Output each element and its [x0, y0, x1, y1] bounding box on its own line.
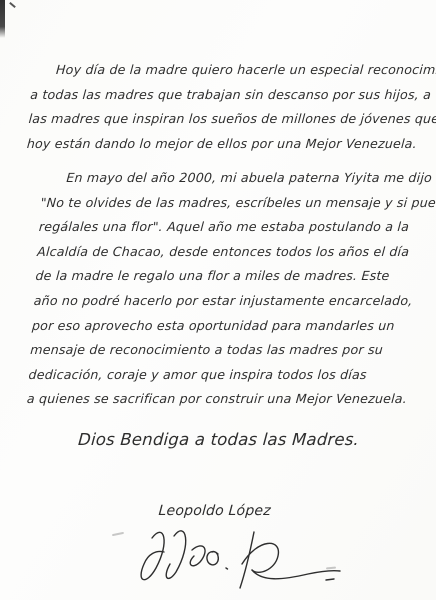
handwritten-line: por eso aprovecho esta oportunidad para … [31, 314, 431, 339]
paragraph-1: Hoy día de la madre quiero hacerle un es… [26, 58, 431, 156]
handwritten-line: de la madre le regalo una flor a miles d… [35, 264, 435, 289]
handwritten-line: a todas las madres que trabajan sin desc… [29, 83, 429, 108]
scan-artifact-left-edge [0, 0, 5, 38]
handwritten-line: Hoy día de la madre quiero hacerle un es… [31, 58, 431, 83]
handwritten-line: "No te olvides de las madres, escríbeles… [40, 191, 436, 216]
handwritten-line: a quienes se sacrifican por construir un… [26, 387, 426, 412]
closing-line: Dios Bendiga a todas las Madres. [0, 430, 436, 449]
handwritten-line: año no podré hacerlo por estar injustame… [33, 289, 433, 314]
handwritten-line: dedicación, coraje y amor que inspira to… [28, 363, 428, 388]
handwritten-line: mensaje de reconocimiento a todas las ma… [29, 338, 429, 363]
signature-name: Leopoldo López [158, 503, 271, 519]
scan-artifact-tick [9, 2, 16, 8]
handwritten-line: las madres que inspiran los sueños de mi… [28, 107, 428, 132]
handwritten-line: regálales una flor". Aquel año me estaba… [38, 215, 436, 240]
handwritten-line: Alcaldía de Chacao, desde entonces todos… [36, 240, 436, 265]
handwritten-line: En mayo del año 2000, mi abuela paterna … [41, 166, 436, 191]
paragraph-2: En mayo del año 2000, mi abuela paterna … [26, 166, 436, 412]
handwritten-line: hoy están dando lo mejor de ellos por un… [26, 132, 426, 157]
letter-page: Hoy día de la madre quiero hacerle un es… [0, 0, 436, 600]
signature-flourish [130, 524, 360, 596]
scan-smudge [112, 532, 124, 536]
